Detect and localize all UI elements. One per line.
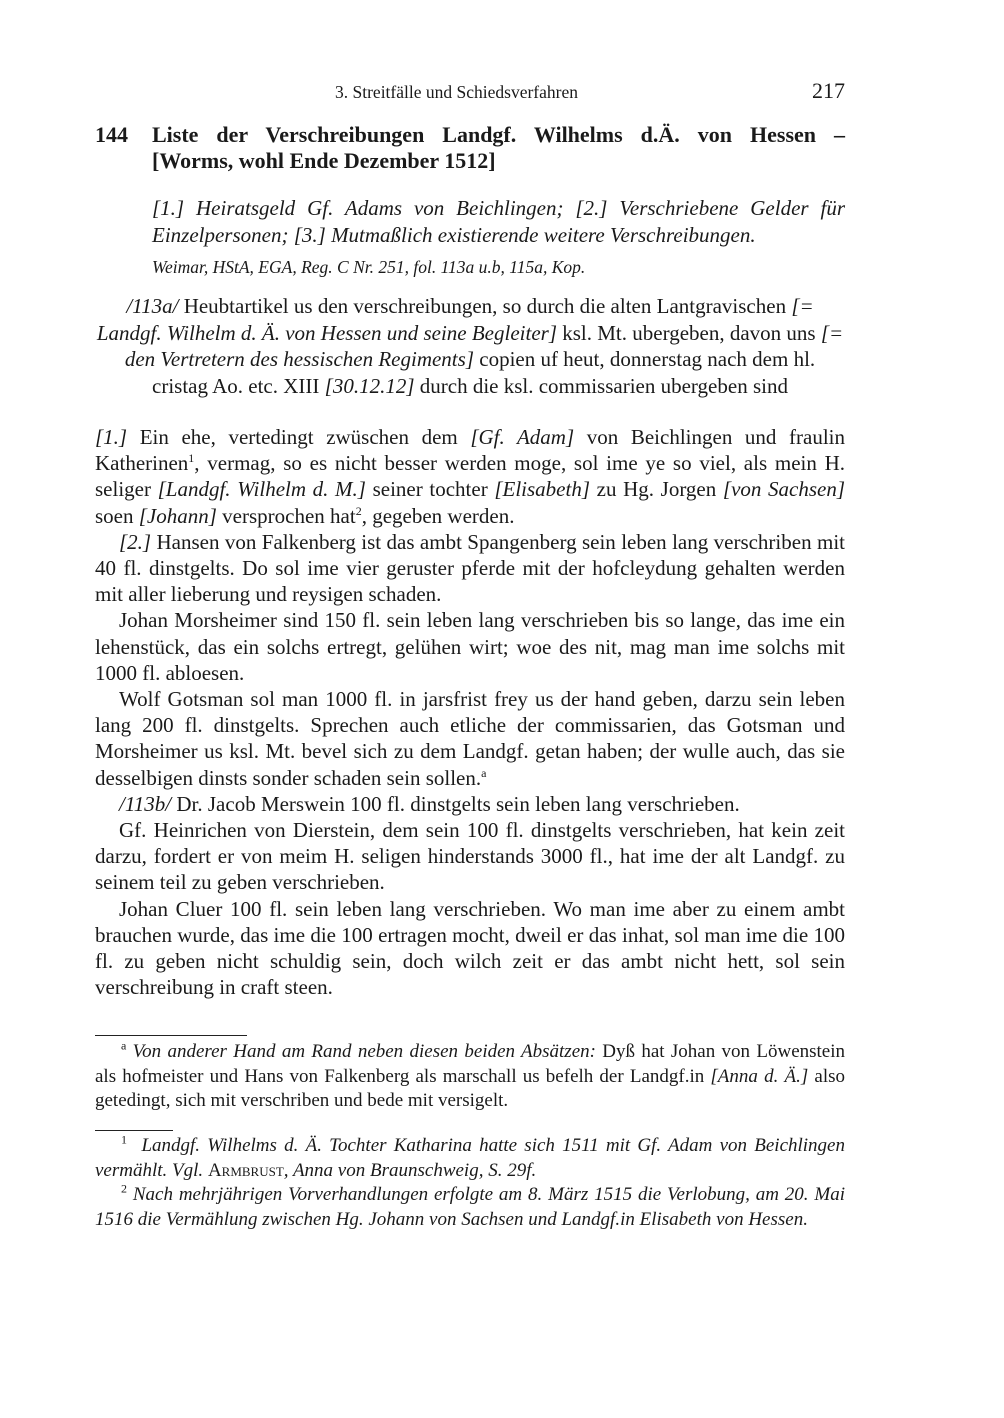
editorial-note: [30.12.12]	[325, 374, 415, 398]
paragraph-2: [2.] Hansen von Falkenberg ist das ambt …	[95, 529, 845, 608]
regest: [1.] Heiratsgeld Gf. Adams von Beichling…	[152, 195, 845, 249]
intro-heading: /113a/ Heubtartikel us den verschreibung…	[95, 293, 845, 399]
document-number: 144	[95, 122, 128, 148]
running-title: 3. Streitfälle und Schiedsverfahren	[335, 82, 578, 103]
document-body: [1.] Ein ehe, vertedingt zwüschen dem [G…	[95, 424, 845, 1000]
paragraph-1: [1.] Ein ehe, vertedingt zwüschen dem [G…	[95, 424, 845, 529]
document-title-line1: Liste der Verschreibungen Landgf. Wilhel…	[152, 122, 845, 148]
footnote-1: 1 Landgf. Wilhelms d. Ä. Tochter Kathari…	[95, 1134, 845, 1183]
paragraph-5: /113b/ Dr. Jacob Merswein 100 fl. dinstg…	[95, 791, 845, 817]
folio-marker: /113a/	[126, 294, 178, 318]
paragraph-3: Johan Morsheimer sind 150 fl. sein leben…	[95, 607, 845, 686]
footnote-divider	[95, 1130, 173, 1131]
source-citation: Weimar, HStA, EGA, Reg. C Nr. 251, fol. …	[152, 257, 845, 278]
paragraph-7: Johan Cluer 100 fl. sein leben lang vers…	[95, 896, 845, 1001]
paragraph-4: Wolf Gotsman sol man 1000 fl. in jarsfri…	[95, 686, 845, 791]
text-footnotes: a Von anderer Hand am Rand neben diesen …	[95, 1040, 845, 1114]
section-marker: [2.]	[119, 530, 151, 554]
footnote-a: a Von anderer Hand am Rand neben diesen …	[95, 1040, 845, 1114]
author-name: Armbrust	[208, 1160, 284, 1181]
document-title-line2: [Worms, wohl Ende Dezember 1512]	[152, 148, 845, 174]
footnote-2: 2 Nach mehrjährigen Vorverhandlungen erf…	[95, 1183, 845, 1232]
footnote-divider	[95, 1035, 247, 1036]
document-heading: 144 Liste der Verschreibungen Landgf. Wi…	[95, 122, 845, 174]
page-number: 217	[812, 78, 845, 104]
section-marker: [1.]	[95, 425, 127, 449]
numeric-footnotes: 1 Landgf. Wilhelms d. Ä. Tochter Kathari…	[95, 1134, 845, 1232]
running-head: 3. Streitfälle und Schiedsverfahren 217	[95, 80, 845, 106]
folio-marker: /113b/	[119, 792, 171, 816]
paragraph-6: Gf. Heinrichen von Dierstein, dem sein 1…	[95, 817, 845, 896]
footnote-ref[interactable]: a	[481, 766, 486, 780]
